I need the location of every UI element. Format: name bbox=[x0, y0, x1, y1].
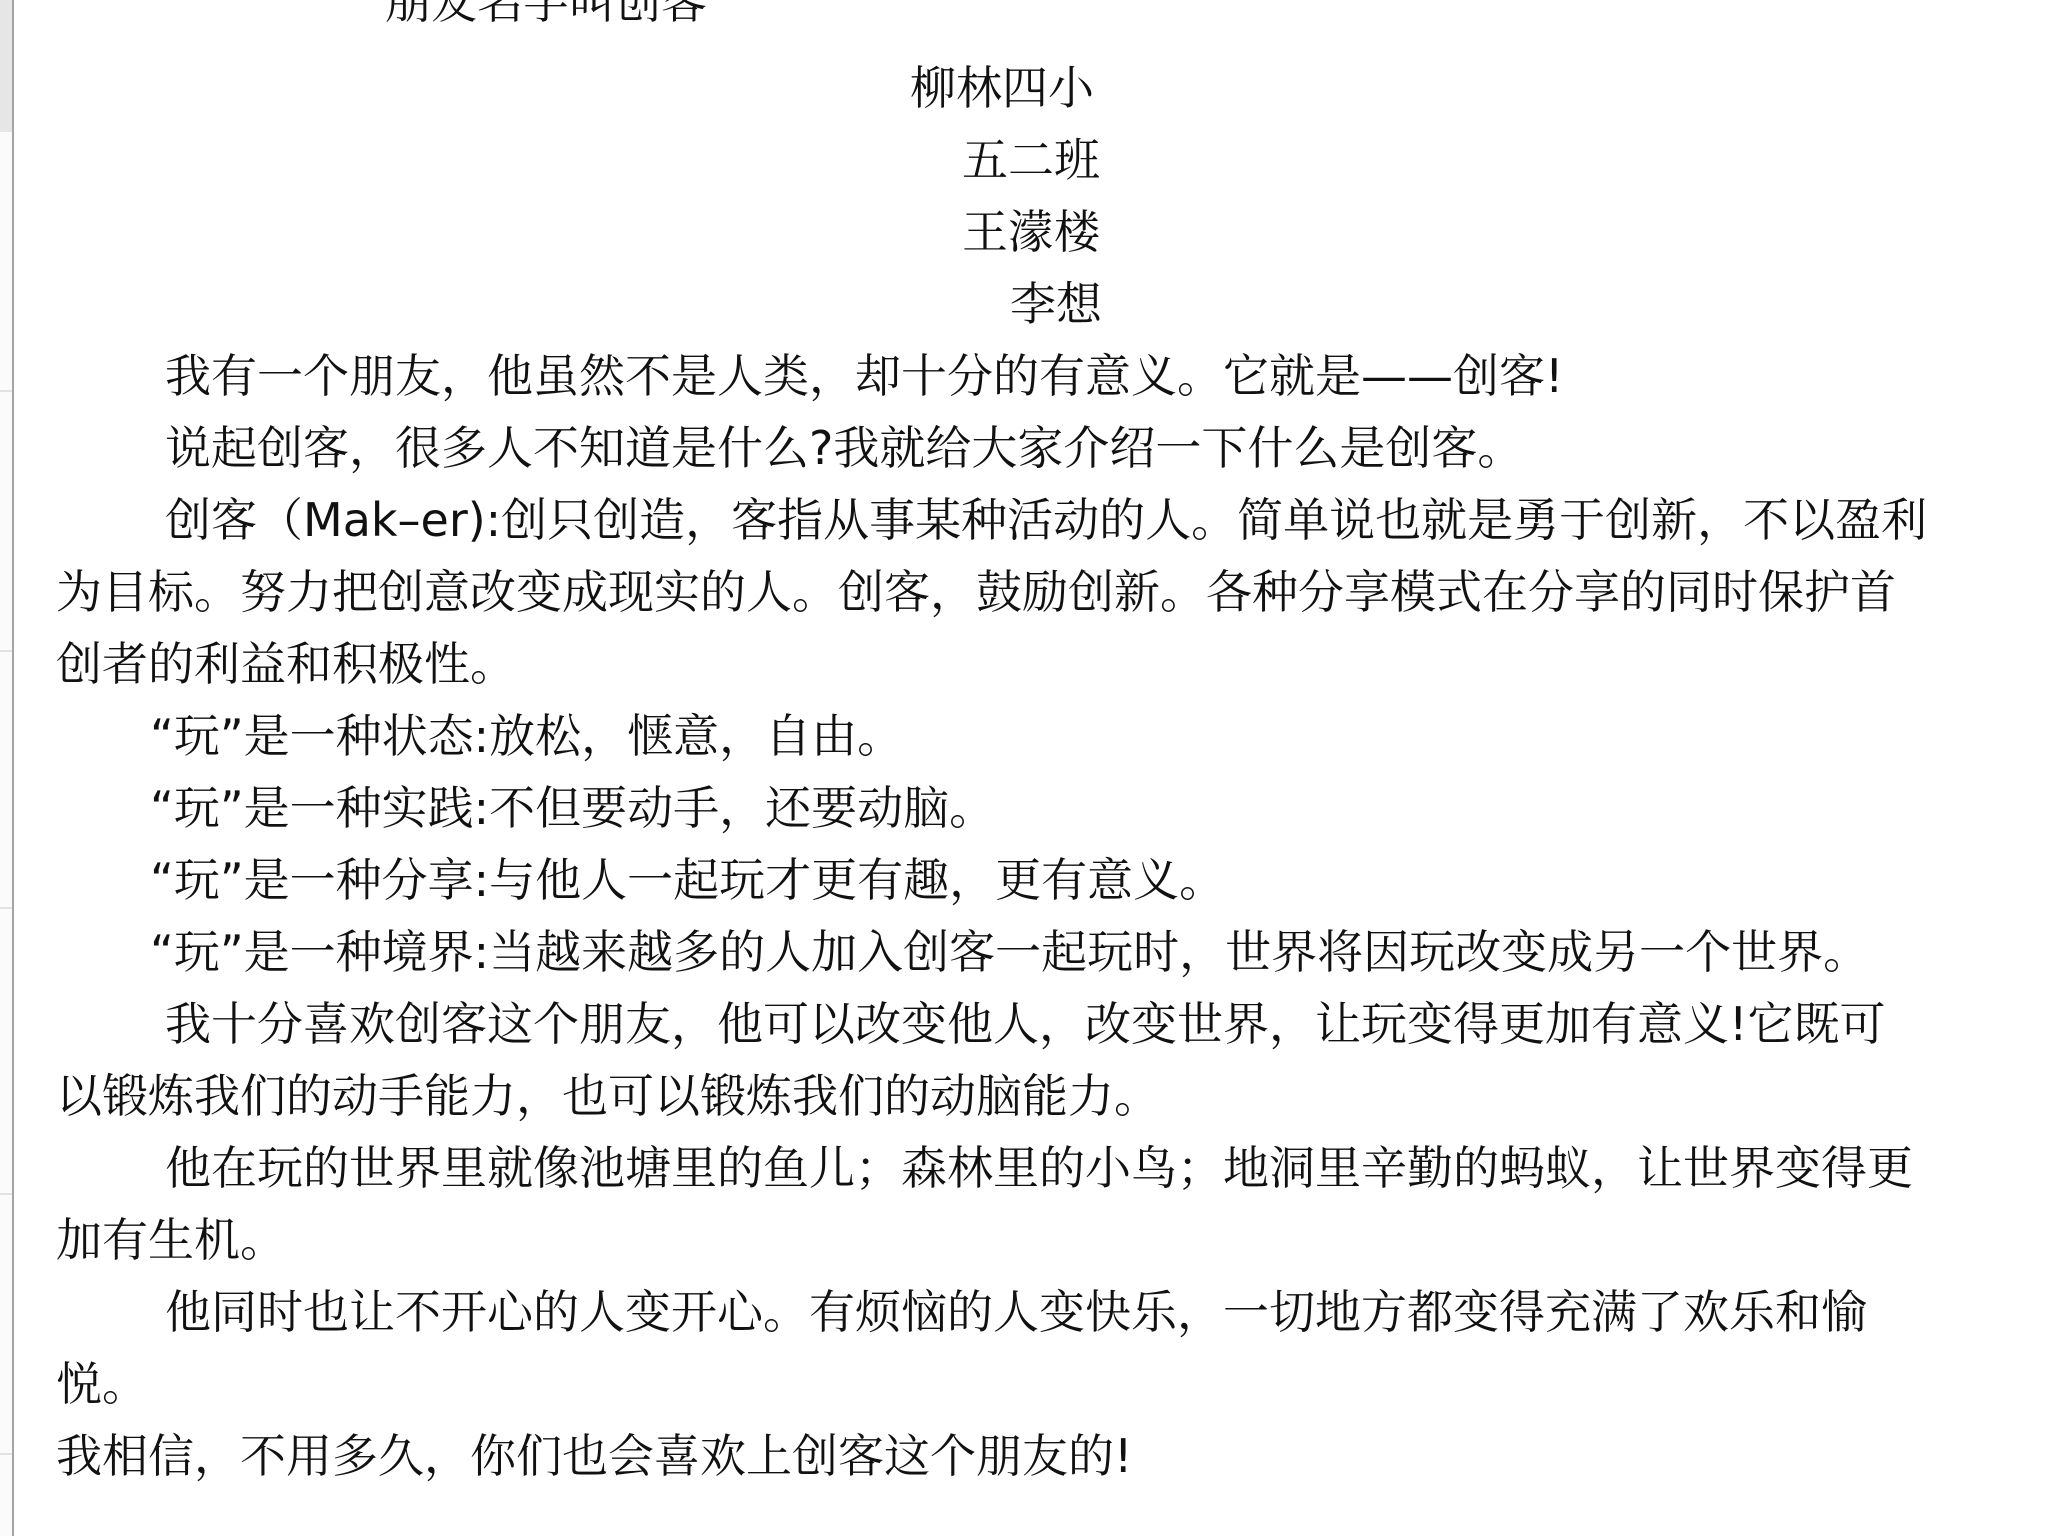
paragraph-line: 加有生机。 bbox=[56, 1204, 286, 1276]
thumbnail-divider bbox=[0, 390, 12, 392]
paragraph-line: 他同时也让不开心的人变开心。有烦恼的人变快乐，一切地方都变得充满了欢乐和愉 bbox=[165, 1276, 1867, 1348]
document-title: 朋友名字叫创客 bbox=[385, 0, 707, 38]
paragraph-line: 创客（Mak–er):创只创造，客指从事某种活动的人。简单说也就是勇于创新，不以… bbox=[165, 484, 1927, 556]
page-thumbnail-sidebar[interactable] bbox=[0, 0, 12, 1536]
paragraph-line: 他在玩的世界里就像池塘里的鱼儿；森林里的小鸟；地洞里辛勤的蚂蚁，让世界变得更 bbox=[165, 1132, 1913, 1204]
thumbnail-divider bbox=[0, 1193, 12, 1195]
thumbnail-divider bbox=[0, 1453, 12, 1455]
thumbnail-divider bbox=[0, 650, 12, 652]
thumbnail-divider bbox=[0, 907, 12, 909]
author-name: 李想 bbox=[1010, 268, 1102, 340]
paragraph-line: 悦。 bbox=[56, 1348, 148, 1420]
paragraph-line: 为目标。努力把创意改变成现实的人。创客，鼓励创新。各种分享模式在分享的同时保护首 bbox=[56, 556, 1896, 628]
paragraph-line: “玩”是一种境界:当越来越多的人加入创客一起玩时，世界将因玩改变成另一个世界。 bbox=[150, 916, 1869, 988]
sidebar-header bbox=[0, 0, 12, 132]
paragraph-line: 以锻炼我们的动手能力，也可以锻炼我们的动脑能力。 bbox=[56, 1060, 1160, 1132]
author-class: 五二班 bbox=[962, 124, 1100, 196]
paragraph-line: 说起创客，很多人不知道是什么?我就给大家介绍一下什么是创客。 bbox=[165, 412, 1523, 484]
paragraph-line: 我相信，不用多久，你们也会喜欢上创客这个朋友的! bbox=[56, 1420, 1132, 1492]
author-school: 柳林四小 bbox=[910, 52, 1094, 124]
document-page[interactable]: 朋友名字叫创客 柳林四小 五二班 王濛楼 李想 我有一个朋友，他虽然不是人类，却… bbox=[14, 0, 2048, 1536]
paragraph-line: 我有一个朋友，他虽然不是人类，却十分的有意义。它就是——创客! bbox=[165, 340, 1563, 412]
paragraph-line: 我十分喜欢创客这个朋友，他可以改变他人，改变世界，让玩变得更加有意义!它既可 bbox=[165, 988, 1885, 1060]
paragraph-line: “玩”是一种状态:放松，惬意，自由。 bbox=[150, 700, 903, 772]
author-teacher: 王濛楼 bbox=[962, 196, 1100, 268]
paragraph-line: “玩”是一种实践:不但要动手，还要动脑。 bbox=[150, 772, 995, 844]
paragraph-line: “玩”是一种分享:与他人一起玩才更有趣，更有意义。 bbox=[150, 844, 1225, 916]
paragraph-line: 创者的利益和积极性。 bbox=[56, 628, 516, 700]
